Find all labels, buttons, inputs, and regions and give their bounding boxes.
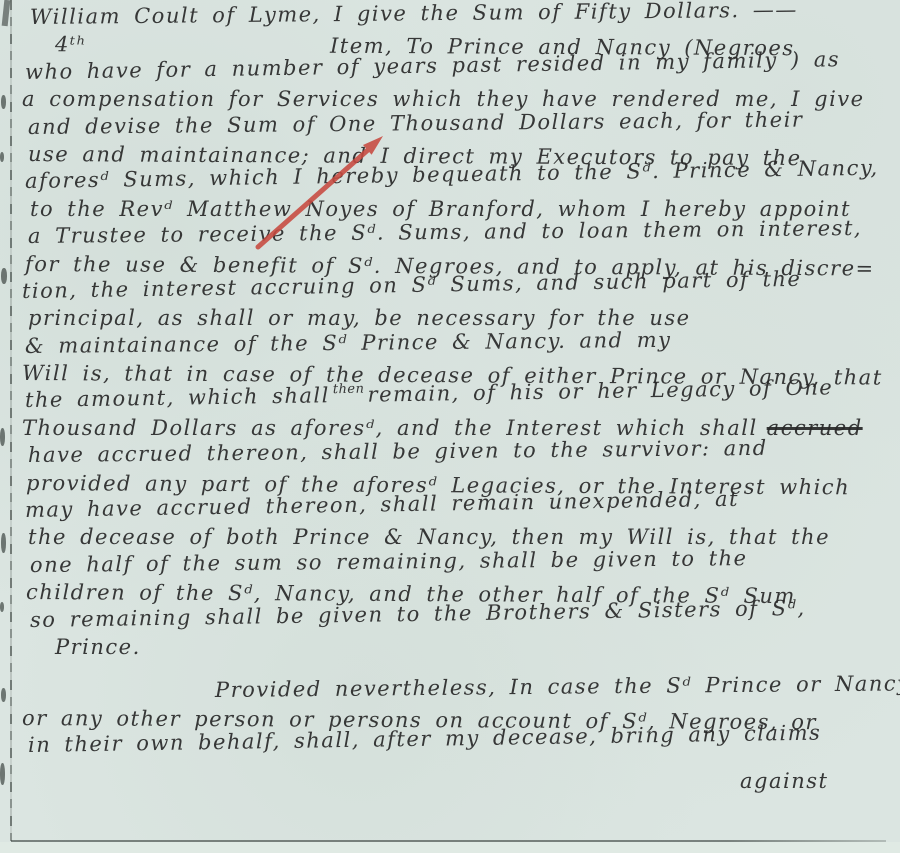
line-text: remain, of his or her Legacy of One	[367, 376, 833, 407]
inserted-word: then	[333, 382, 365, 397]
text-line: William Coult of Lyme, I give the Sum of…	[30, 0, 900, 31]
line-text: Prince.	[55, 635, 141, 659]
scan-margin-strip	[0, 842, 900, 853]
line-text: Provided nevertheless, In case the Sᵈ Pr…	[215, 672, 900, 703]
line-text: & maintainance of the Sᵈ Prince & Nancy.…	[25, 327, 672, 357]
document-scan-page: William Coult of Lyme, I give the Sum of…	[0, 0, 900, 853]
item-number-marker: 4ᵗʰ	[55, 32, 87, 60]
handwritten-text-block: William Coult of Lyme, I give the Sum of…	[0, 4, 900, 795]
text-line: Provided nevertheless, In case the Sᵈ Pr…	[215, 671, 900, 705]
text-line: Prince.	[55, 634, 900, 661]
line-text: a Trustee to receive the Sᵈ. Sums, and t…	[28, 216, 862, 248]
line-text: have accrued thereon, shall be given to …	[28, 436, 768, 467]
line-text: against	[740, 769, 828, 793]
text-line: against	[740, 768, 900, 795]
line-text: the amount, which shall	[25, 384, 330, 413]
line-text: one half of the sum so remaining, shall …	[30, 546, 748, 577]
line-text: William Coult of Lyme, I give the Sum of…	[30, 0, 798, 29]
